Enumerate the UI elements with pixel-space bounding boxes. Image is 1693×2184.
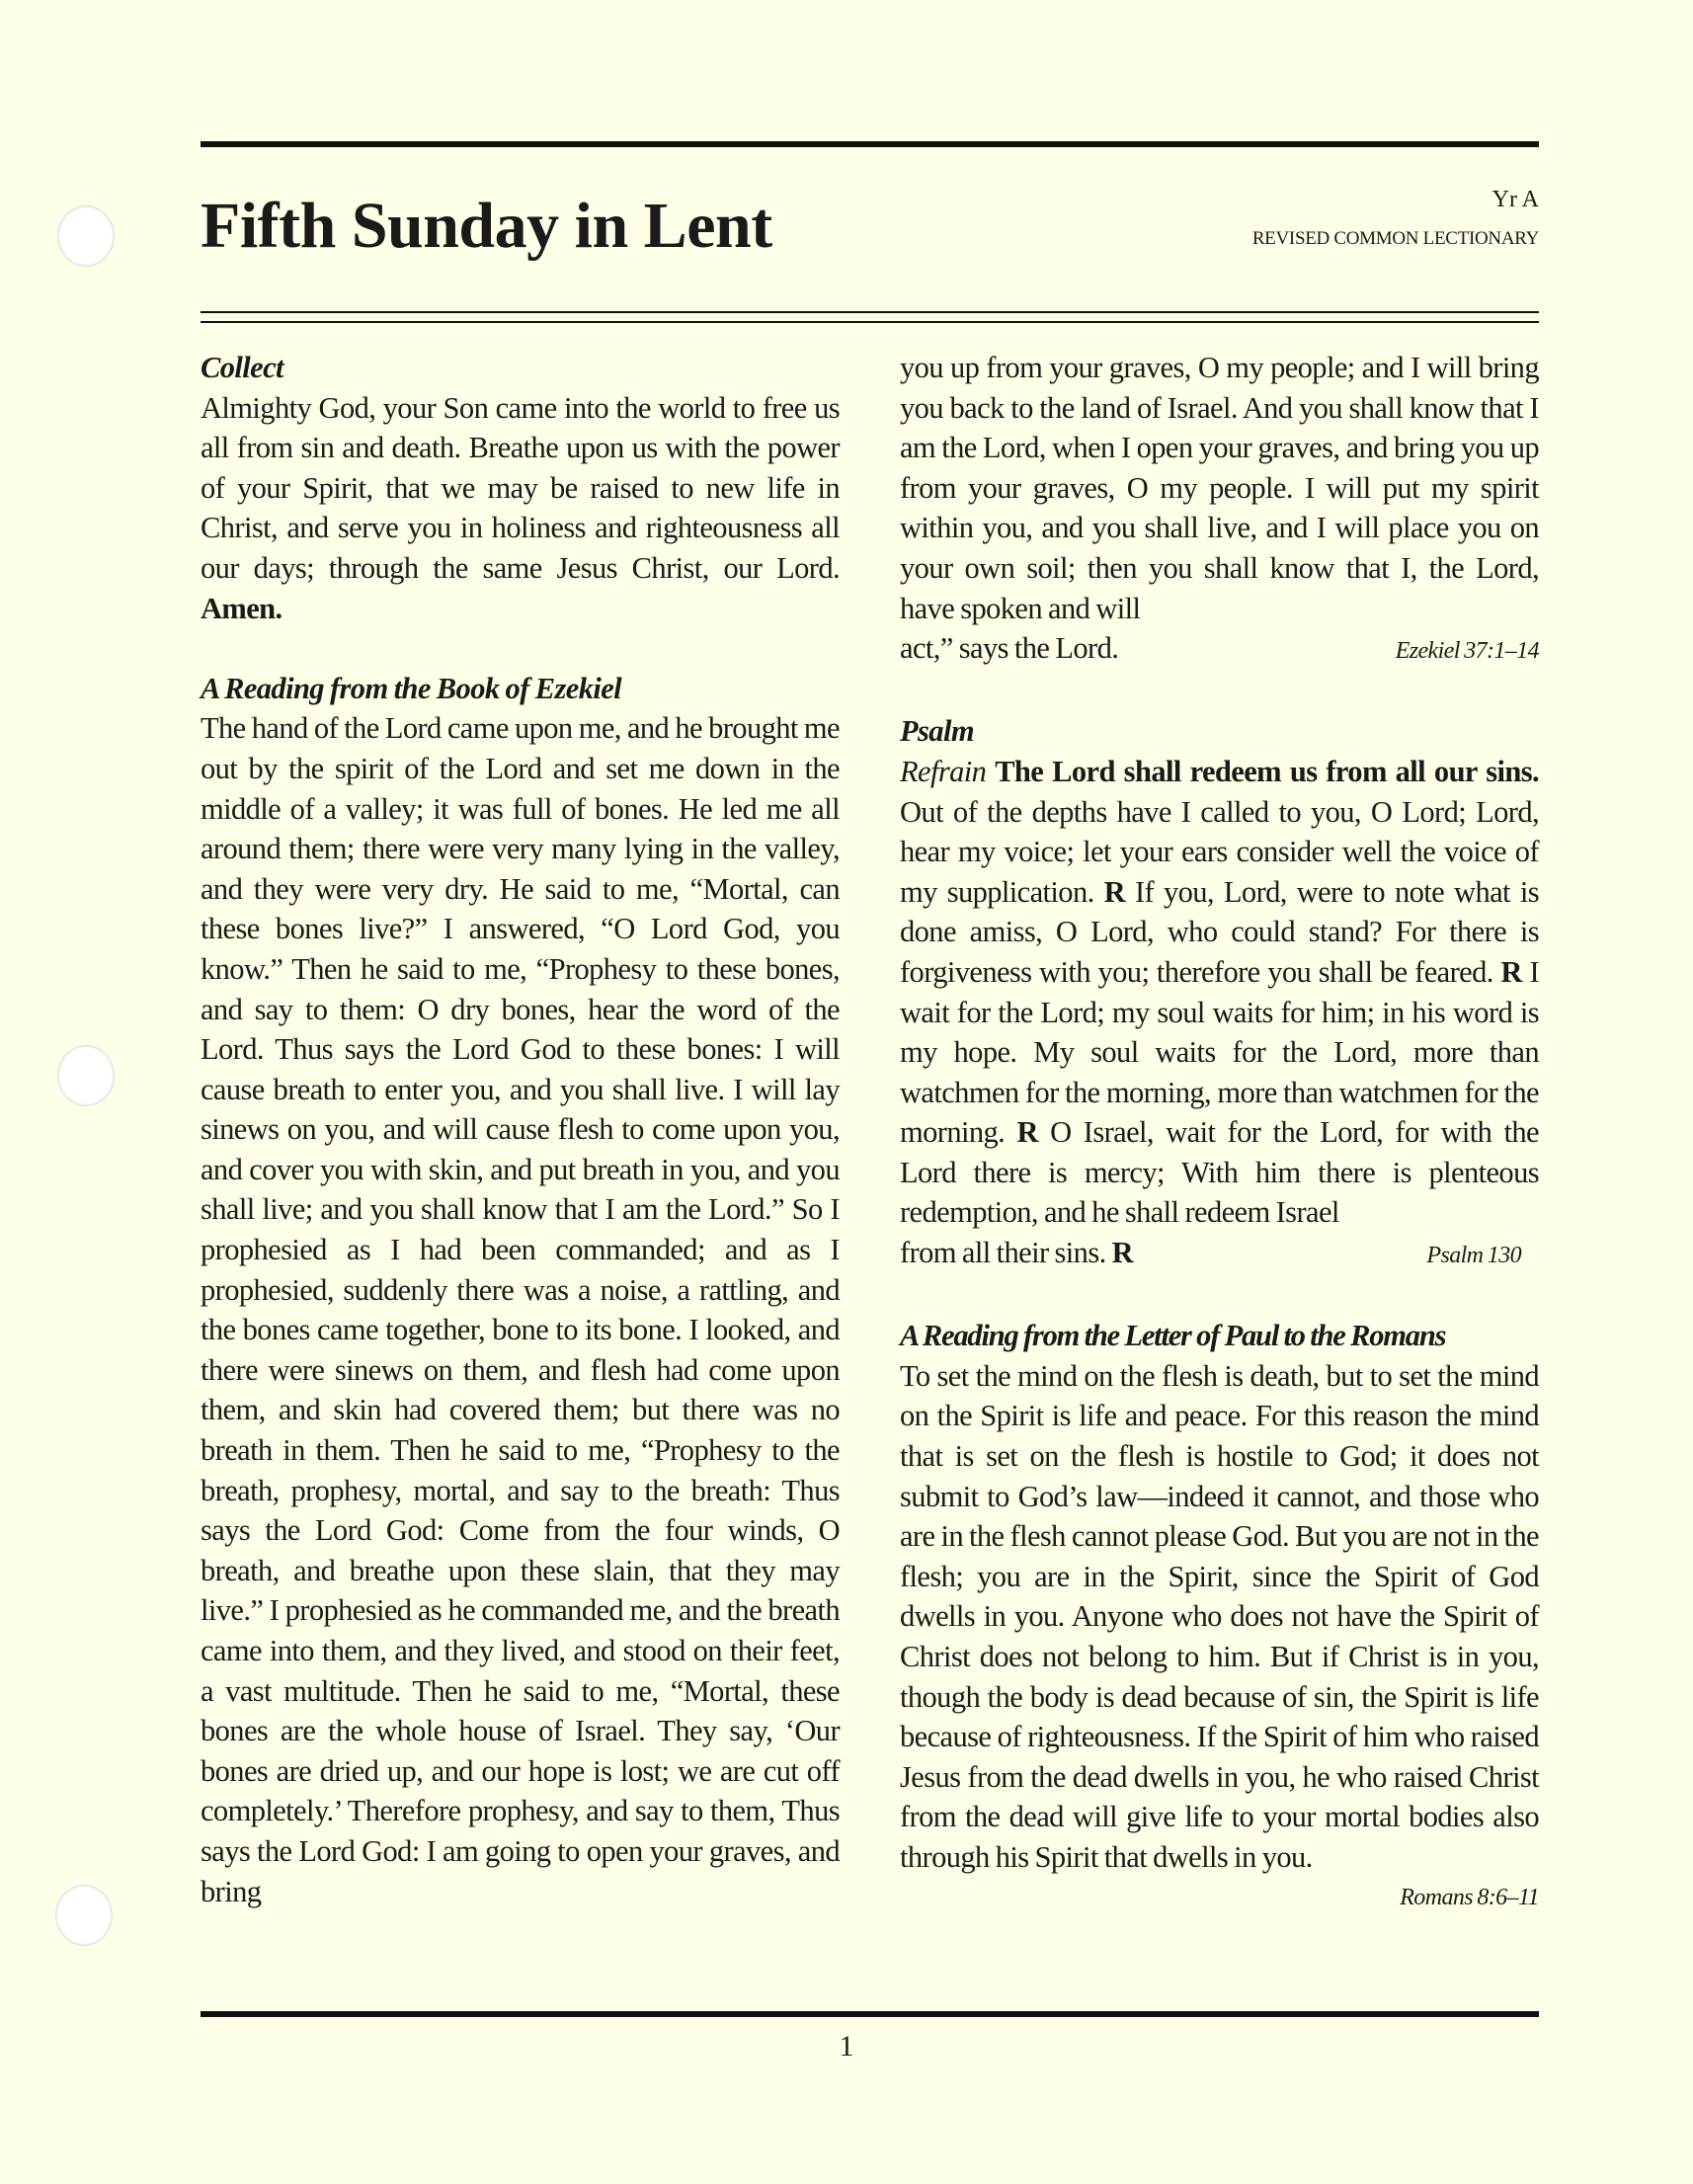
section-gap [900, 1276, 1539, 1317]
refrain-text: The Lord shall redeem us from all our si… [995, 755, 1539, 788]
binder-hole-middle [57, 1045, 115, 1106]
first-reading-text-part1: The hand of the Lord came upon me, and h… [201, 708, 840, 1911]
page-number: 1 [0, 2030, 1693, 2063]
collect-body: Almighty God, your Son came into the wor… [201, 391, 840, 585]
first-reading-heading: A Reading from the Book of Ezekiel [201, 669, 840, 709]
section-gap [900, 672, 1539, 712]
collect-text: Almighty God, your Son came into the wor… [201, 388, 840, 629]
first-reading-continued: you up from your graves, O my people; an… [900, 348, 1539, 672]
psalm-final-line: from all their sins. R Psalm 130 [900, 1233, 1539, 1276]
first-reading-text-part2: you up from your graves, O my people; an… [900, 348, 1539, 628]
psalm-text: Refrain The Lord shall redeem us from al… [900, 752, 1539, 1233]
page-title: Fifth Sunday in Lent [201, 194, 772, 259]
second-reading-text: To set the mind on the flesh is death, b… [900, 1356, 1539, 1878]
right-column: you up from your graves, O my people; an… [900, 348, 1539, 1917]
footer-rule [201, 2011, 1539, 2017]
refrain-marker: R [1500, 955, 1521, 989]
header-double-rule-lower [201, 321, 1539, 323]
refrain-label: Refrain [900, 755, 986, 788]
psalm-last-words: from all their sins. [900, 1236, 1106, 1269]
refrain-marker: R [1112, 1236, 1133, 1269]
left-column: Collect Almighty God, your Son came into… [201, 348, 840, 1911]
psalm-citation: Psalm 130 [1426, 1236, 1521, 1276]
first-reading-citation: Ezekiel 37:1–14 [1396, 631, 1539, 672]
section-gap [201, 628, 840, 669]
amen: Amen. [201, 592, 282, 625]
header-double-rule-upper [201, 311, 1539, 313]
psalm-last-words-wrap: from all their sins. R [900, 1233, 1133, 1273]
second-reading-citation: Romans 8:6–11 [900, 1878, 1539, 1918]
first-reading-final-line: act,” says the Lord. Ezekiel 37:1–14 [900, 628, 1539, 672]
first-reading-section: A Reading from the Book of Ezekiel The h… [201, 669, 840, 1911]
psalm-section: Psalm Refrain The Lord shall redeem us f… [900, 711, 1539, 1275]
refrain-marker: R [1104, 875, 1125, 909]
first-reading-last-words: act,” says the Lord. [900, 628, 1118, 669]
psalm-heading: Psalm [900, 711, 1539, 752]
second-reading-heading: A Reading from the Letter of Paul to the… [900, 1316, 1539, 1356]
header-top-rule [201, 141, 1539, 147]
refrain-marker: R [1016, 1115, 1037, 1149]
collect-heading: Collect [201, 348, 840, 388]
binder-hole-bottom [55, 1885, 113, 1946]
binder-hole-top [57, 205, 115, 267]
second-reading-section: A Reading from the Letter of Paul to the… [900, 1316, 1539, 1917]
liturgical-year: Yr A [1492, 188, 1539, 211]
lectionary-label: REVISED COMMON LECTIONARY [1252, 229, 1539, 248]
collect-section: Collect Almighty God, your Son came into… [201, 348, 840, 628]
